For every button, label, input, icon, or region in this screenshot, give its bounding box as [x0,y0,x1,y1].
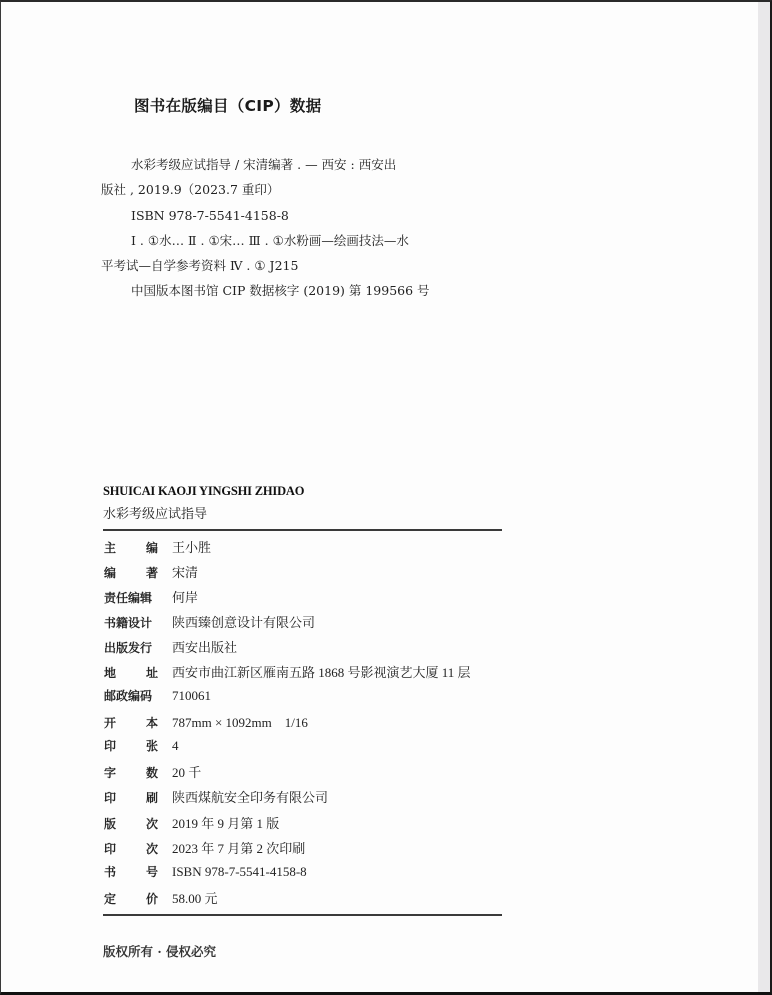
info-row-responsible-editor: 责任编辑 何岸 [104,587,471,612]
info-label: 字数 [104,764,172,781]
info-label: 书号 [104,863,172,880]
copyright-notice: 版权所有 · 侵权必究 [103,942,216,960]
divider-bottom [103,914,502,916]
info-row-publisher: 出版发行 西安出版社 [104,637,471,662]
cip-data-block: 水彩考级应试指导 / 宋清编著 . — 西安 : 西安出 版社 , 2019.9… [101,152,451,304]
info-row-printing: 印次 2023 年 7 月第 2 次印刷 [104,838,471,863]
publication-info-table: 主编 王小胜 编著 宋清 责任编辑 何岸 书籍设计 陕西臻创意设计有限公司 出版… [104,537,471,913]
cip-line: 水彩考级应试指导 / 宋清编著 . — 西安 : 西安出 [101,152,451,177]
info-label: 开本 [104,714,172,731]
info-value: 58.00 元 [172,888,218,907]
info-value: 陕西臻创意设计有限公司 [172,612,315,631]
cip-line: 版社 , 2019.9（2023.7 重印） [101,177,451,202]
info-value: 陕西煤航安全印务有限公司 [172,787,328,806]
info-value: 2019 年 9 月第 1 版 [172,813,279,832]
cip-line: 中国版本图书馆 CIP 数据核字 (2019) 第 199566 号 [101,278,451,303]
info-label: 编著 [104,564,172,581]
info-row-word-count: 字数 20 千 [104,762,471,787]
cip-line: Ⅰ . ①水… Ⅱ . ①宋… Ⅲ . ①水粉画—绘画技法—水 [101,228,451,253]
info-row-chief-editor: 主编 王小胜 [104,537,471,562]
cip-line: 平考试—自学参考资料 Ⅳ . ① J215 [101,253,451,278]
info-row-book-design: 书籍设计 陕西臻创意设计有限公司 [104,612,471,637]
info-row-postal-code: 邮政编码 710061 [104,687,471,712]
info-value: 西安出版社 [172,637,237,656]
info-value: 2023 年 7 月第 2 次印刷 [172,838,305,857]
info-row-edition: 版次 2019 年 9 月第 1 版 [104,813,471,838]
info-value: 4 [172,738,179,754]
book-title-chinese: 水彩考级应试指导 [103,503,207,522]
info-row-format: 开本 787mm × 1092mm 1/16 [104,712,471,737]
info-value: 20 千 [172,762,201,781]
info-value: 王小胜 [172,537,211,556]
info-label: 地址 [104,664,172,681]
info-label: 出版发行 [104,639,172,656]
cip-line: ISBN 978-7-5541-4158-8 [101,203,451,228]
info-label: 主编 [104,539,172,556]
book-title-pinyin: SHUICAI KAOJI YINGSHI ZHIDAO [103,484,304,499]
info-row-price: 定价 58.00 元 [104,888,471,913]
info-row-printed-sheets: 印张 4 [104,737,471,762]
copyright-page: 图书在版编目（CIP）数据 水彩考级应试指导 / 宋清编著 . — 西安 : 西… [0,0,772,995]
info-label: 版次 [104,815,172,832]
info-row-author: 编著 宋清 [104,562,471,587]
scan-edge-strip [758,2,770,992]
info-label: 印张 [104,737,172,754]
info-label: 责任编辑 [104,589,172,606]
info-row-isbn: 书号 ISBN 978-7-5541-4158-8 [104,863,471,888]
info-label: 书籍设计 [104,614,172,631]
info-value: 何岸 [172,587,198,606]
cip-title: 图书在版编目（CIP）数据 [134,94,321,116]
info-value: 710061 [172,688,211,704]
info-row-address: 地址 西安市曲江新区雁南五路 1868 号影视演艺大厦 11 层 [104,662,471,687]
info-label: 邮政编码 [104,687,172,704]
info-label: 印刷 [104,789,172,806]
info-value: 西安市曲江新区雁南五路 1868 号影视演艺大厦 11 层 [172,662,471,681]
info-row-printer: 印刷 陕西煤航安全印务有限公司 [104,787,471,812]
info-value: ISBN 978-7-5541-4158-8 [172,864,307,880]
info-value: 宋清 [172,562,198,581]
info-label: 定价 [104,890,172,907]
info-value: 787mm × 1092mm 1/16 [172,712,308,731]
divider-top [103,529,502,531]
info-label: 印次 [104,840,172,857]
